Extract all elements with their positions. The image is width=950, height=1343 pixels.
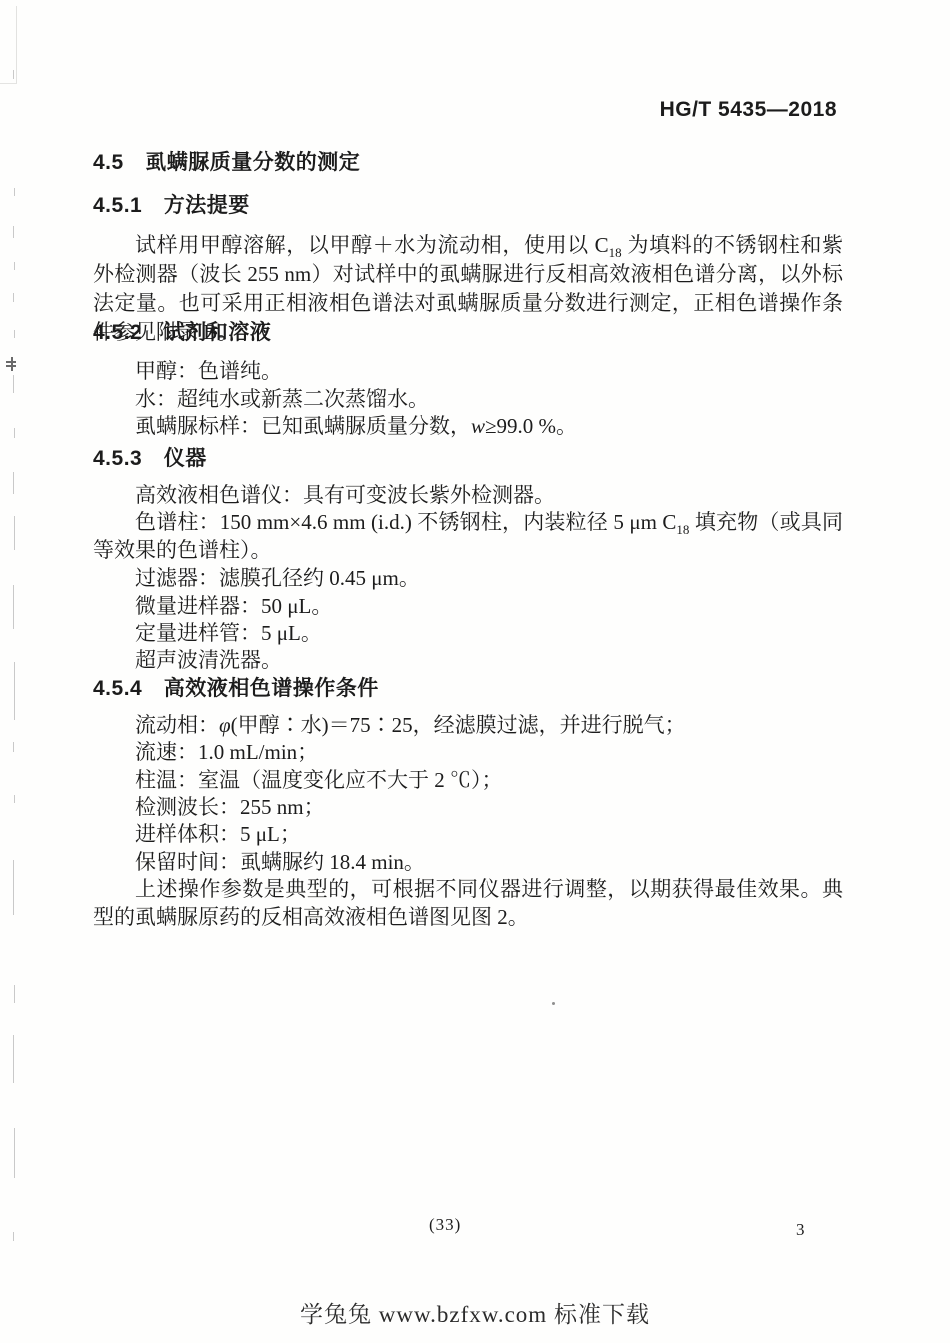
condition-item-injection-volume: 进样体积：5 μL； bbox=[135, 820, 301, 848]
section-heading-4-5-3: 4.5.3 仪器 bbox=[93, 442, 207, 472]
instrument-item-hplc: 高效液相色谱仪：具有可变波长紫外检测器。 bbox=[135, 481, 555, 509]
condition-item-column-temp: 柱温：室温（温度变化应不大于 2 ℃）； bbox=[135, 766, 503, 794]
watermark-text: 学兔兔 www.bzfxw.com 标准下载 bbox=[0, 1296, 950, 1329]
section-heading-4-5: 4.5 虱螨脲质量分数的测定 bbox=[93, 146, 360, 176]
scan-corner-artifact bbox=[0, 6, 17, 84]
paragraph-typical-parameters: 上述操作参数是典型的，可根据不同仪器进行调整，以期获得最佳效果。典型的虱螨脲原药… bbox=[93, 875, 843, 931]
instrument-item-column: 色谱柱：150 mm×4.6 mm (i.d.) 不锈钢柱，内装粒径 5 μm … bbox=[93, 508, 843, 564]
scanned-standard-page: { "header": { "standard_code": "HG/T 543… bbox=[0, 0, 950, 1343]
instrument-item-filter: 过滤器：滤膜孔径约 0.45 μm。 bbox=[135, 564, 420, 592]
sheet-number: (33) bbox=[429, 1215, 461, 1235]
section-heading-4-5-4: 4.5.4 高效液相色谱操作条件 bbox=[93, 672, 379, 702]
page-number: 3 bbox=[796, 1220, 806, 1240]
reagent-item-methanol: 甲醇：色谱纯。 bbox=[135, 357, 282, 385]
scan-speck bbox=[552, 1002, 555, 1005]
reagent-item-standard: 虱螨脲标样：已知虱螨脲质量分数，w≥99.0 %。 bbox=[135, 412, 577, 440]
instrument-item-sample-loop: 定量进样管：5 μL。 bbox=[135, 619, 322, 647]
condition-item-flow-rate: 流速：1.0 mL/min； bbox=[135, 738, 318, 766]
section-heading-4-5-1: 4.5.1 方法提要 bbox=[93, 189, 250, 219]
condition-item-retention-time: 保留时间：虱螨脲约 18.4 min。 bbox=[135, 848, 425, 876]
standard-code: HG/T 5435—2018 bbox=[660, 98, 837, 122]
instrument-item-ultrasonic: 超声波清洗器。 bbox=[135, 646, 282, 674]
section-heading-4-5-2: 4.5.2 试剂和溶液 bbox=[93, 316, 271, 346]
instrument-item-microsyringe: 微量进样器：50 μL。 bbox=[135, 592, 332, 620]
condition-item-wavelength: 检测波长：255 nm； bbox=[135, 793, 325, 821]
reagent-item-water: 水：超纯水或新蒸二次蒸馏水。 bbox=[135, 385, 429, 413]
condition-item-mobile-phase: 流动相：φ(甲醇∶水)＝75∶25，经滤膜过滤，并进行脱气； bbox=[135, 711, 686, 739]
